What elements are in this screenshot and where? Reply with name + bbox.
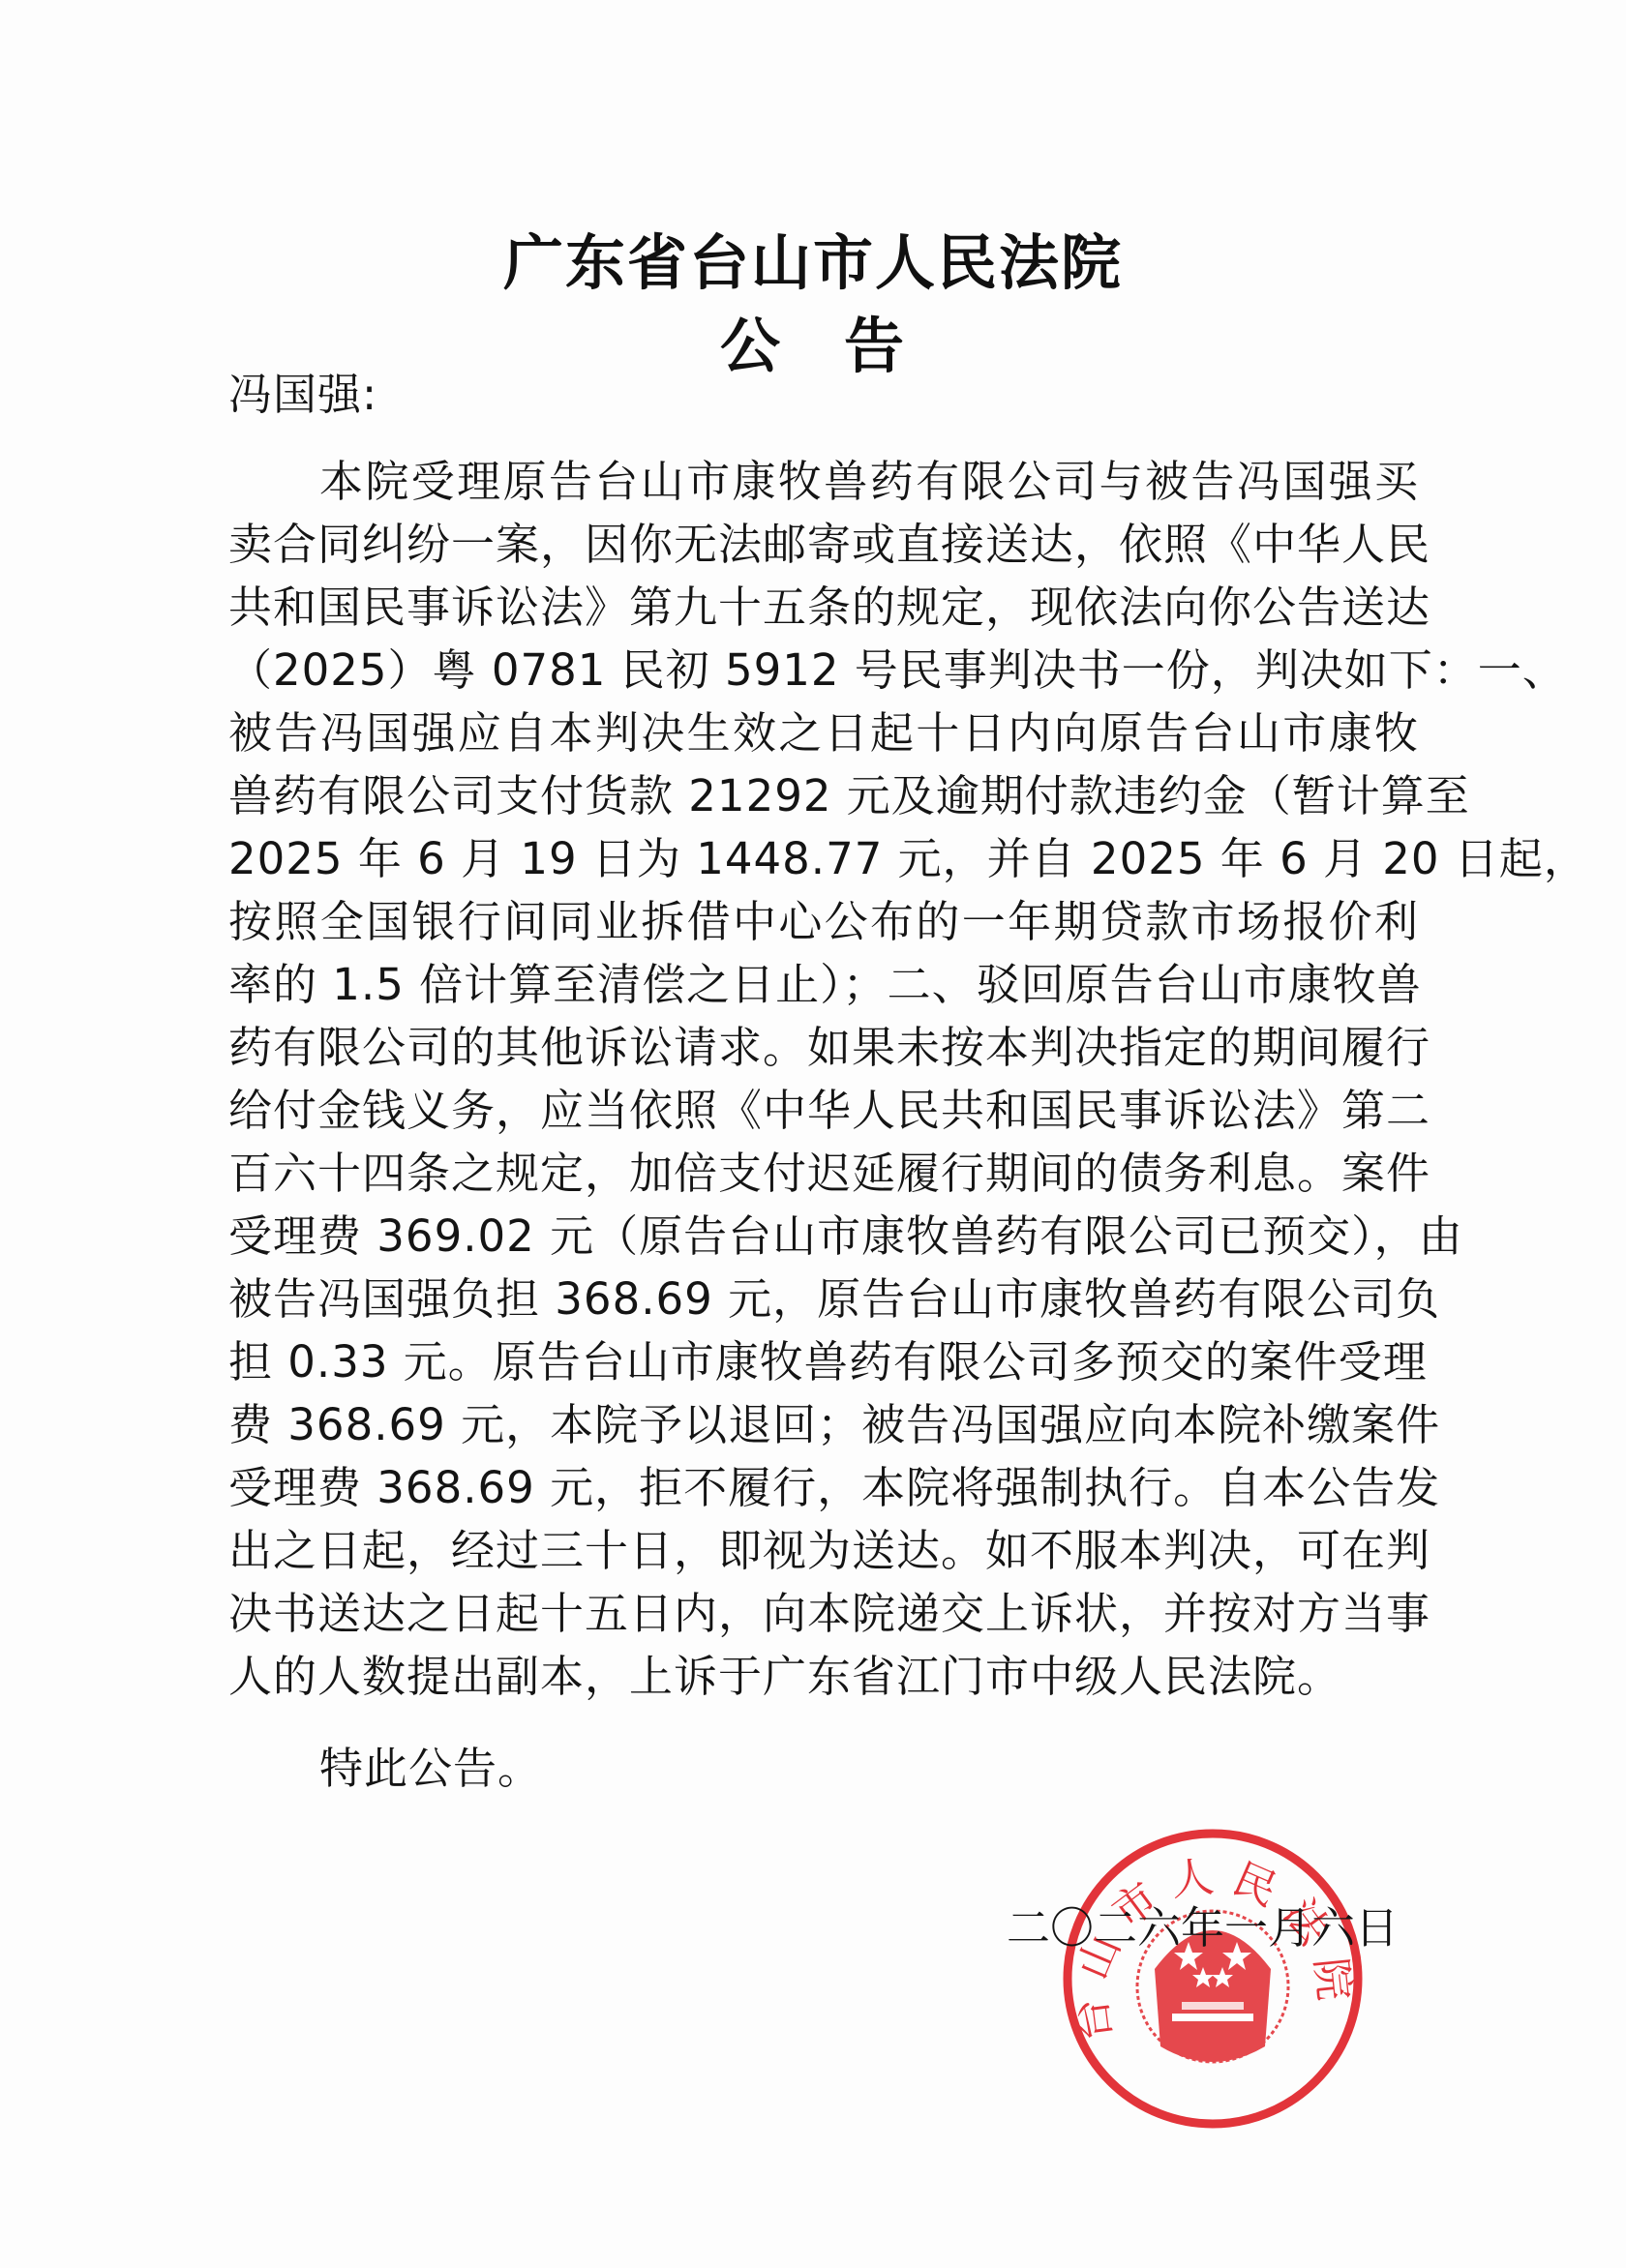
- body-line: 率的 1.5 倍计算至清偿之日止）；二、驳回原告台山市康牧兽: [228, 956, 1419, 1014]
- closing-statement: 特此公告。: [319, 1740, 1419, 1798]
- body-line: （2025）粤 0781 民初 5912 号民事判决书一份，判决如下：一、: [228, 642, 1419, 700]
- court-seal-icon: 台山市人民法院: [1058, 1824, 1368, 2134]
- body-line: 出之日起，经过三十日，即视为送达。如不服本判决，可在判: [228, 1522, 1419, 1580]
- body-line: 卖合同纠纷一案，因你无法邮寄或直接送达，依照《中华人民: [228, 516, 1419, 574]
- body-line: 百六十四条之规定，加倍支付迟延履行期间的债务利息。案件: [228, 1145, 1419, 1203]
- body-line: 费 368.69 元，本院予以退回；被告冯国强应向本院补缴案件: [228, 1396, 1419, 1454]
- body-line: 被告冯国强负担 368.69 元，原告台山市康牧兽药有限公司负: [228, 1270, 1419, 1328]
- document-page: 广东省台山市人民法院 公 告 冯国强: 本院受理原告台山市康牧兽药有限公司与被告…: [0, 0, 1626, 2268]
- court-name-heading: 广东省台山市人民法院: [0, 215, 1626, 301]
- body-line: 受理费 369.02 元（原告台山市康牧兽药有限公司已预交），由: [228, 1208, 1419, 1266]
- body-line: 本院受理原告台山市康牧兽药有限公司与被告冯国强买: [319, 453, 1419, 511]
- body-line: 受理费 368.69 元，拒不履行，本院将强制执行。自本公告发: [228, 1459, 1419, 1517]
- body-line: 担 0.33 元。原告台山市康牧兽药有限公司多预交的案件受理: [228, 1333, 1419, 1391]
- body-line: 2025 年 6 月 19 日为 1448.77 元，并自 2025 年 6 月…: [228, 830, 1419, 888]
- issue-date: 二〇二六年一月六日: [1007, 1899, 1399, 1957]
- body-line: 按照全国银行间同业拆借中心公布的一年期贷款市场报价利: [228, 893, 1419, 951]
- body-line: 人的人数提出副本，上诉于广东省江门市中级人民法院。: [228, 1648, 1419, 1706]
- body-line: 共和国民事诉讼法》第九十五条的规定，现依法向你公告送达: [228, 579, 1419, 637]
- body-line: 药有限公司的其他诉讼请求。如果未按本判决指定的期间履行: [228, 1019, 1419, 1077]
- body-line: 被告冯国强应自本判决生效之日起十日内向原告台山市康牧: [228, 704, 1419, 762]
- body-line: 给付金钱义务，应当依照《中华人民共和国民事诉讼法》第二: [228, 1082, 1419, 1140]
- body-line: 兽药有限公司支付货款 21292 元及逾期付款违约金（暂计算至: [228, 767, 1419, 825]
- addressee: 冯国强:: [228, 366, 1419, 424]
- body-line: 决书送达之日起十五日内，向本院递交上诉状，并按对方当事: [228, 1585, 1419, 1643]
